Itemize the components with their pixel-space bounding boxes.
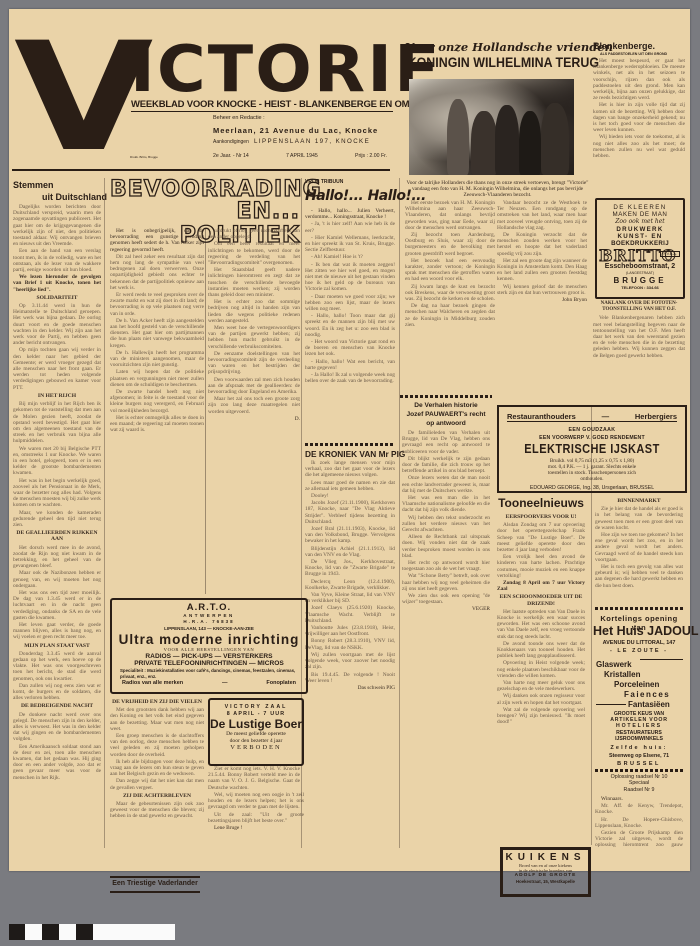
ijskast-line2: EEN VOORWERP V. GOED RENDEMENT — [499, 435, 685, 441]
raadsel-line-3: Raadsel Nr 9 — [595, 787, 683, 793]
color-scale-swatch — [42, 924, 59, 940]
pauwaert-title-2: Jozef PAUWAERT's recht — [400, 410, 492, 419]
wilhelmina-kicker: Voor onze Hollandsche vrienden — [405, 40, 595, 54]
tooneel-subhead-1: EERSPOORVERS VOOR U! — [497, 514, 585, 520]
vrijheid-body: DE VRIJHEID EN ZIJ DIE VIELEN Met den gr… — [110, 697, 204, 827]
raadsel-heading: Oplossing raadsel Nr 10 Speciaal Raadsel… — [595, 774, 683, 793]
jadoul-product-porceleinen: Porceleinen — [614, 680, 659, 689]
bevoorrading-col-1: Het is onbegrijpelijk, dat de bevoorradi… — [110, 228, 204, 594]
wilhelmina-caption: Voor de talrijke Hollanders die thans no… — [405, 180, 590, 196]
britto-ad: DE KLEEREN MAKEN DE MAN Zoo ook met het … — [595, 198, 685, 299]
jadoul-branch-city: BRUSSEL — [595, 761, 683, 767]
vrije-tribuun-lead: - Hallo, hallo... Julien Verheert, verdo… — [305, 208, 395, 220]
year-issue: 2e Jaar. - Nr 14 — [213, 153, 249, 159]
section-divider — [595, 607, 683, 610]
tooneel-title: Tooneelnieuws — [497, 496, 585, 510]
britto-city: BRUGGE — [597, 276, 683, 285]
blankenberge-body: Het moest bespeurd, er gaat het Blankenb… — [593, 58, 685, 198]
stemmen-subhead-plan: MIJN PLAN STAAT VAST — [13, 643, 101, 649]
vrije-tribuun-kicker: VRIJE TRIBUUN — [305, 179, 343, 185]
printer-credit: Drukk. Britto, Brugge — [130, 155, 158, 159]
color-scale-swatch — [59, 924, 76, 940]
bevoorrading-signature: D. — [208, 416, 300, 422]
jadoul-product-faiences: Faiences — [624, 690, 670, 699]
lustige-boer-title: De Lustige Boer — [210, 717, 302, 731]
column-divider — [104, 178, 105, 848]
wilhelmina-photo — [409, 79, 574, 175]
arto-special: Specialiteit : Muziekinstallaties voor c… — [120, 668, 298, 678]
stemmen-title-2: uit Duitschland — [42, 192, 107, 202]
blankenberge-title: Blankenberge. — [593, 41, 655, 51]
pauwaert-body: De familieleden van Verhalen uit Brugge,… — [402, 430, 490, 830]
binnenmarkt-body: BINNENMARKT Zie je hier dat de handel al… — [595, 496, 683, 604]
arto-ad: A.R.T.O. ANTWERPEN H.R.A. 76838 LIPPENSL… — [110, 598, 308, 694]
tooneel-subhead-2: EEN SCHOONMOEDER UIT DE DRIZEND! — [497, 594, 585, 606]
vrijheid-footer: Een Triestige Vaderlander — [110, 880, 200, 887]
color-scale-swatch — [76, 924, 93, 940]
jadoul-product-kristallen: Kristallen — [604, 670, 640, 679]
bevoorrading-lead: Het is onbegrijpelijk, dat de bevoorradi… — [110, 228, 204, 253]
arto-brand: A.R.T.O. — [112, 602, 306, 613]
color-scale-swatch — [9, 924, 25, 940]
ijskast-ad: Restauranthouders — Herbergiers EEN GOUD… — [497, 405, 687, 493]
masthead-subtitle: WEEKBLAD VOOR KNOCKE - HEIST - BLANKENBE… — [131, 99, 393, 112]
vrijheid-signature: Lene Bruge ! — [208, 825, 304, 831]
jadoul-rule — [640, 659, 683, 660]
arto-footer-dash: — — [222, 680, 228, 686]
arto-items-1: RADIOS — PICK-UPS — VERSTERKERS — [112, 653, 306, 660]
raadsel-winners: Winnaars. — [595, 796, 683, 802]
britto-line1: DE KLEEREN — [597, 204, 683, 211]
vrijheid-subhead: DE VRIJHEID EN ZIJ DIE VIELEN — [110, 699, 204, 705]
issue-date: 7 APRIL 1945 — [286, 153, 318, 159]
price: Prijs : 2.00 Fr. — [355, 153, 387, 159]
britto-line2: MAKEN DE MAN — [597, 211, 683, 218]
column-divider — [591, 405, 592, 845]
vrijheid-col-2: Wel, wij moeten nog een oogje in 't zeil… — [208, 792, 304, 832]
ijskast-contact: EDOUARD GEORGE, Ing. 38, Ursgerlaan, BRU… — [499, 485, 685, 491]
blankenberge-subhead: NAKLANK OVER DE FOTOTEN-TOONSTELLING VAN… — [593, 301, 685, 313]
raadsel-body: Winnaars. Mr. Aff. de Kenyw, Trendepot, … — [595, 796, 683, 848]
vrijheid-subhead-2: ZIJ DIE ACHTERBLEVEN — [110, 793, 204, 799]
jadoul-name: Het Huis JADOUL — [593, 624, 685, 638]
jadoul-rule — [596, 704, 626, 705]
kuikens-address: Hoekestraat, 15, Westkapelle — [503, 879, 588, 884]
lustige-boer-notes: Ziet er komt nog iets. V. H. V. Knocke 2… — [208, 766, 300, 792]
binnenmarkt-subhead: BINNENMARKT — [595, 498, 683, 504]
jadoul-branch-label: Zelfde huis: — [595, 745, 683, 751]
wilhelmina-col-2: Vandaar bezocht ze de Westhoek te Ter Ne… — [497, 200, 587, 365]
ijskast-header-dash: — — [602, 412, 610, 421]
britto-line5: KUNST- EN — [597, 233, 683, 240]
jadoul-product-fantasieen: Fantasiëen — [628, 700, 670, 709]
tooneel-body: EERSPOORVERS VOOR U! Alsdan Zondag om 7 … — [497, 512, 585, 842]
section-divider — [400, 395, 492, 398]
tooneel-highlight: Zondag 8 April om 7 uur Victory Zaal — [497, 580, 585, 592]
pauwaert-title-1: De Verhalen historie — [400, 401, 492, 410]
masthead-title: ICTORIE — [130, 40, 442, 100]
pauwaert-title-3: op antwoord — [400, 419, 492, 428]
vaderlander-rule-top — [110, 876, 200, 878]
lustige-boer-venue: VICTORY ZAAL — [210, 704, 302, 710]
masthead-rule — [12, 169, 390, 171]
ads-label: Aankondigingen — [213, 139, 249, 145]
wilhelmina-signature: John Bryon — [497, 297, 587, 303]
stemmen-subhead-rijch: IN HET RIJCH — [13, 393, 101, 399]
ijskast-header-left: Restauranthouders — [507, 412, 576, 421]
pauwaert-signature: VEGER — [402, 606, 490, 612]
blankenberge-kicker: ALS PADDESTOELEN UIT DEN GROND — [600, 52, 667, 56]
arto-items-2: PRIVATE TELEFOONINRICHTINGEN — MICROS — [112, 660, 306, 667]
vaderlander-rule-bottom — [110, 891, 200, 893]
britto-line4: DRUKWERK — [597, 226, 683, 233]
wilhelmina-title: KONINGIN WILHELMINA TERUG — [408, 55, 585, 70]
color-scale-swatch — [93, 924, 175, 940]
bevoorrading-col-2: uitdrukt of nog geen ruchtbaarheid aan d… — [208, 228, 300, 594]
kroniek-body: Ik zoek lange mensen voor mijn verhaal, … — [305, 460, 395, 840]
color-scale-swatch — [25, 924, 42, 940]
ijskast-specs: Bruikb. vol 0,75 m3 (1,25 x 0,75 x 1,80)… — [547, 458, 637, 482]
kuikens-ad: KUIKENS Broed van en af onze kiekens in … — [500, 847, 591, 897]
stemmen-subhead-nacht: DE BEDREIGENDE NACHT — [13, 703, 101, 709]
stemmen-subhead-solidariteit: SOLIDARITEIT — [13, 295, 101, 301]
ijskast-product: ELEKTRISCHE IJSKAST — [510, 442, 674, 456]
section-divider — [305, 443, 395, 446]
jadoul-city: - LE ZOUTE - — [595, 648, 683, 654]
stemmen-body: Dagelijks worden berichten door Duitschl… — [13, 204, 101, 850]
vrije-tribuun-body: - Hallo, hallo... Julien Verheert, verdo… — [305, 208, 395, 442]
kroniek-title: DE KRONIEK VAN Mr PIG — [305, 449, 405, 459]
jadoul-assort-5: IJSROOMWINKELS — [595, 736, 683, 742]
arto-footer-right: Fonoplaten — [266, 680, 296, 686]
column-divider — [301, 178, 302, 848]
britto-phone: TELEFOON : 334.66 — [597, 285, 683, 291]
wilhelmina-col-1: Het eerste bezoek van H. M. Koningin Wil… — [405, 200, 495, 365]
kuikens-title: KUIKENS — [503, 852, 588, 863]
arto-footer-left: Radios van alle merken — [122, 680, 183, 686]
jadoul-product-glaswerk: Glaswerk — [596, 660, 632, 669]
stemmen-subhead-geallieerden: DE GEALLIEERDEN RIJKKEN AAN — [13, 530, 101, 542]
kroniek-signature: Das schwein PIG — [305, 685, 395, 691]
lustige-boer-line3: VERBODEN — [210, 744, 302, 752]
column-divider — [205, 228, 206, 594]
masthead-initial: V — [14, 36, 149, 161]
admin-label: Beheer en Redactie : — [213, 115, 265, 121]
column-divider — [399, 178, 400, 848]
stemmen-bold-lead: We lezen hieronder de gevolgen van Brief… — [13, 274, 101, 293]
arto-address: LIPPENSLAAN, 143 — KNOCKE-AAN-ZEE — [112, 625, 306, 632]
ijskast-header-right: Herbergiers — [635, 412, 677, 421]
stemmen-title-1: Stemmen — [13, 180, 54, 190]
section-divider — [595, 769, 683, 772]
ijskast-line1: EEN GOUDZAAK — [499, 427, 685, 433]
ads-address: LIPPENSLAAN 197, KNOCKE — [254, 138, 370, 145]
jadoul-branch-street: Steenweg op Elsene, 71 — [593, 753, 685, 759]
jadoul-assortment: GROOTE KEUS VAN ARTIKELEN VOOR HOTELIERS… — [595, 711, 683, 742]
arto-headline: Ultra moderne inrichting — [112, 632, 306, 647]
admin-address: Meerlaan, 21 Avenue du Lac, Knocke — [213, 126, 378, 135]
jadoul-address: AVENUE DU LITTORAL, 147 — [595, 640, 683, 646]
lustige-boer-ad: VICTORY ZAAL 8 APRIL - 7 UUR De Lustige … — [208, 698, 304, 766]
blankenberge-fototentoonstelling: NAKLANK OVER DE FOTOTEN-TOONSTELLING VAN… — [593, 299, 685, 363]
britto-suffix: P.V.B.A. — [660, 251, 680, 257]
britto-line3: Zoo ook met het — [597, 218, 683, 226]
pauwaert-title: De Verhalen historie Jozef PAUWAERT's re… — [400, 401, 492, 428]
